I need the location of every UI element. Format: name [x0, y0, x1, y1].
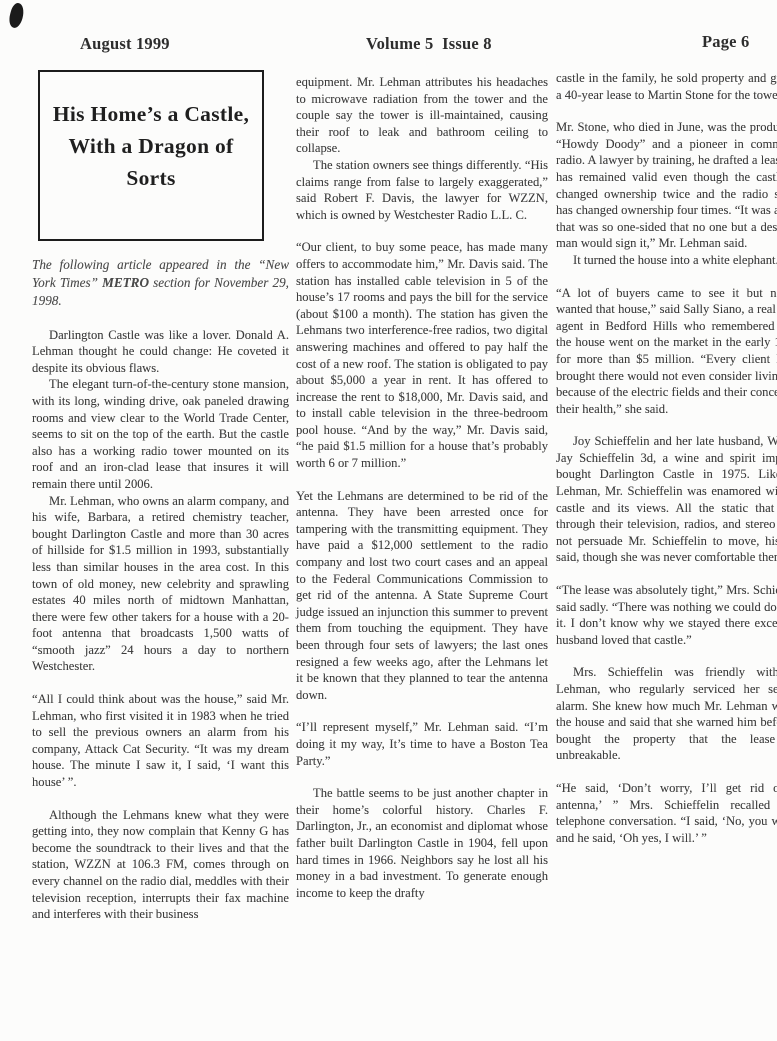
headline-box: His Home’s a Castle, With a Dragon of So…	[38, 70, 264, 241]
article-paragraph: The battle seems to be just another chap…	[296, 785, 548, 901]
page-header: August 1999 Volume 5 Issue 8 Page 6	[0, 32, 777, 58]
headline-line-3: Sorts	[40, 162, 262, 194]
intro-metro-label: METRO	[102, 275, 149, 290]
article-column-2: equipment. Mr. Lehman attributes his hea…	[296, 74, 548, 901]
article-paragraph: “Our client, to buy some peace, has made…	[296, 239, 548, 471]
article-paragraph: Mr. Stone, who died in June, was the pro…	[556, 119, 777, 252]
article-paragraph: Yet the Lehmans are determined to be rid…	[296, 488, 548, 704]
article-paragraph: “He said, ‘Don’t worry, I’ll get rid of …	[556, 780, 777, 846]
scan-ink-blot	[7, 2, 26, 30]
article-paragraph: “I’ll represent myself,” Mr. Lehman said…	[296, 719, 548, 769]
headline-line-1: His Home’s a Castle,	[40, 98, 262, 130]
article-paragraph: Joy Schieffelin and her late husband, Wi…	[556, 433, 777, 566]
article-headline: His Home’s a Castle, With a Dragon of So…	[40, 98, 262, 194]
article-paragraph: equipment. Mr. Lehman attributes his hea…	[296, 74, 548, 157]
article-paragraph: Mrs. Schieffelin was friendly with Mr. L…	[556, 664, 777, 764]
article-paragraph: Although the Lehmans knew what they were…	[32, 807, 289, 923]
article-paragraph: The elegant turn-of-the-century stone ma…	[32, 376, 289, 492]
header-page-number: Page 6	[702, 32, 749, 52]
article-paragraph: The station owners see things differentl…	[296, 157, 548, 223]
article-intro-note: The following article appeared in the “N…	[32, 256, 289, 311]
article-paragraph: It turned the house into a white elephan…	[556, 252, 777, 269]
header-volume-issue: Volume 5 Issue 8	[366, 34, 492, 54]
article-paragraph: “The lease was absolutely tight,” Mrs. S…	[556, 582, 777, 648]
newspaper-page: August 1999 Volume 5 Issue 8 Page 6 His …	[0, 0, 777, 1041]
article-column-3: castle in the family, he sold property a…	[556, 70, 777, 846]
article-paragraph: Darlington Castle was like a lover. Dona…	[32, 327, 289, 377]
article-paragraph: Mr. Lehman, who owns an alarm company, a…	[32, 493, 289, 676]
article-column-1: The following article appeared in the “N…	[32, 256, 289, 923]
headline-line-2: With a Dragon of	[40, 130, 262, 162]
article-paragraph: “All I could think about was the house,”…	[32, 691, 289, 791]
article-paragraph: castle in the family, he sold property a…	[556, 70, 777, 103]
header-date: August 1999	[80, 34, 170, 54]
article-paragraph: “A lot of buyers came to see it but nobo…	[556, 285, 777, 418]
